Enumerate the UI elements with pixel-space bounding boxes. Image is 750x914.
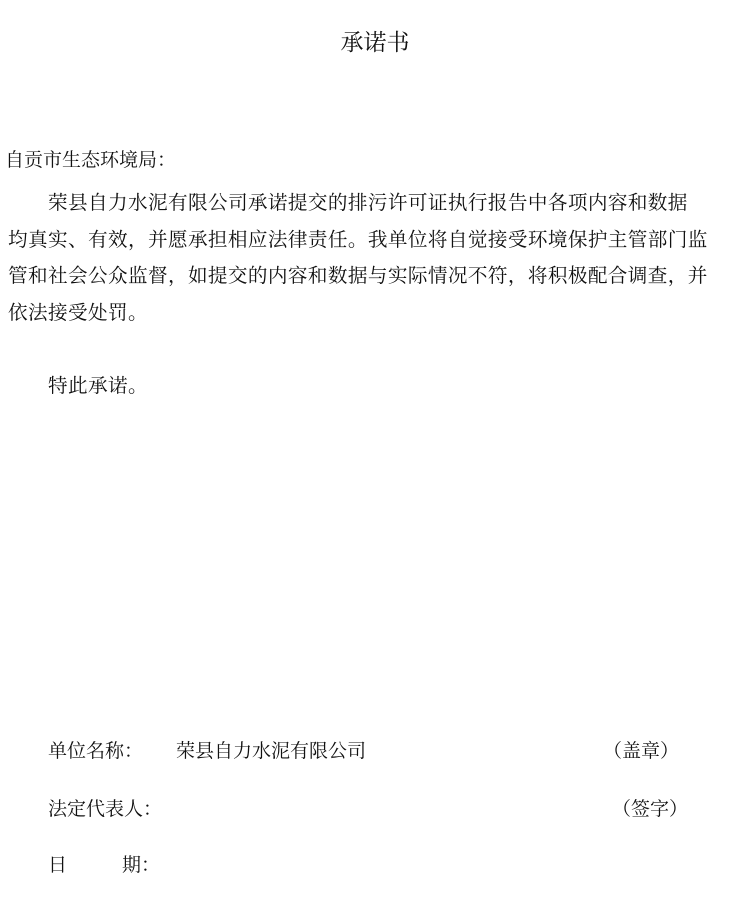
body-line-2: 均真实、有效，并愿承担相应法律责任。我单位将自觉接受环境保护主管部门监 xyxy=(8,222,748,259)
date-label-part1: 日 xyxy=(48,852,67,878)
body-line-3: 管和社会公众监督，如提交的内容和数据与实际情况不符，将积极配合调查，并 xyxy=(8,258,748,295)
date-label-part2: 期： xyxy=(122,852,160,878)
unit-name-value: 荣县自力水泥有限公司 xyxy=(176,738,366,764)
body-line-4: 依法接受处罚。 xyxy=(8,295,748,332)
closing-statement: 特此承诺。 xyxy=(8,368,748,405)
addressee: 自贡市生态环境局： xyxy=(5,147,176,173)
body-line-1: 荣县自力水泥有限公司承诺提交的排污许可证执行报告中各项内容和数据 xyxy=(8,185,748,222)
signature-note: （签字） xyxy=(612,796,688,822)
commitment-body: 荣县自力水泥有限公司承诺提交的排污许可证执行报告中各项内容和数据 均真实、有效，… xyxy=(8,185,748,331)
legal-rep-label: 法定代表人： xyxy=(48,796,162,822)
closing-text: 特此承诺。 xyxy=(8,368,748,405)
seal-note: （盖章） xyxy=(603,738,679,764)
unit-name-label: 单位名称： xyxy=(48,738,143,764)
document-title: 承诺书 xyxy=(0,28,750,58)
